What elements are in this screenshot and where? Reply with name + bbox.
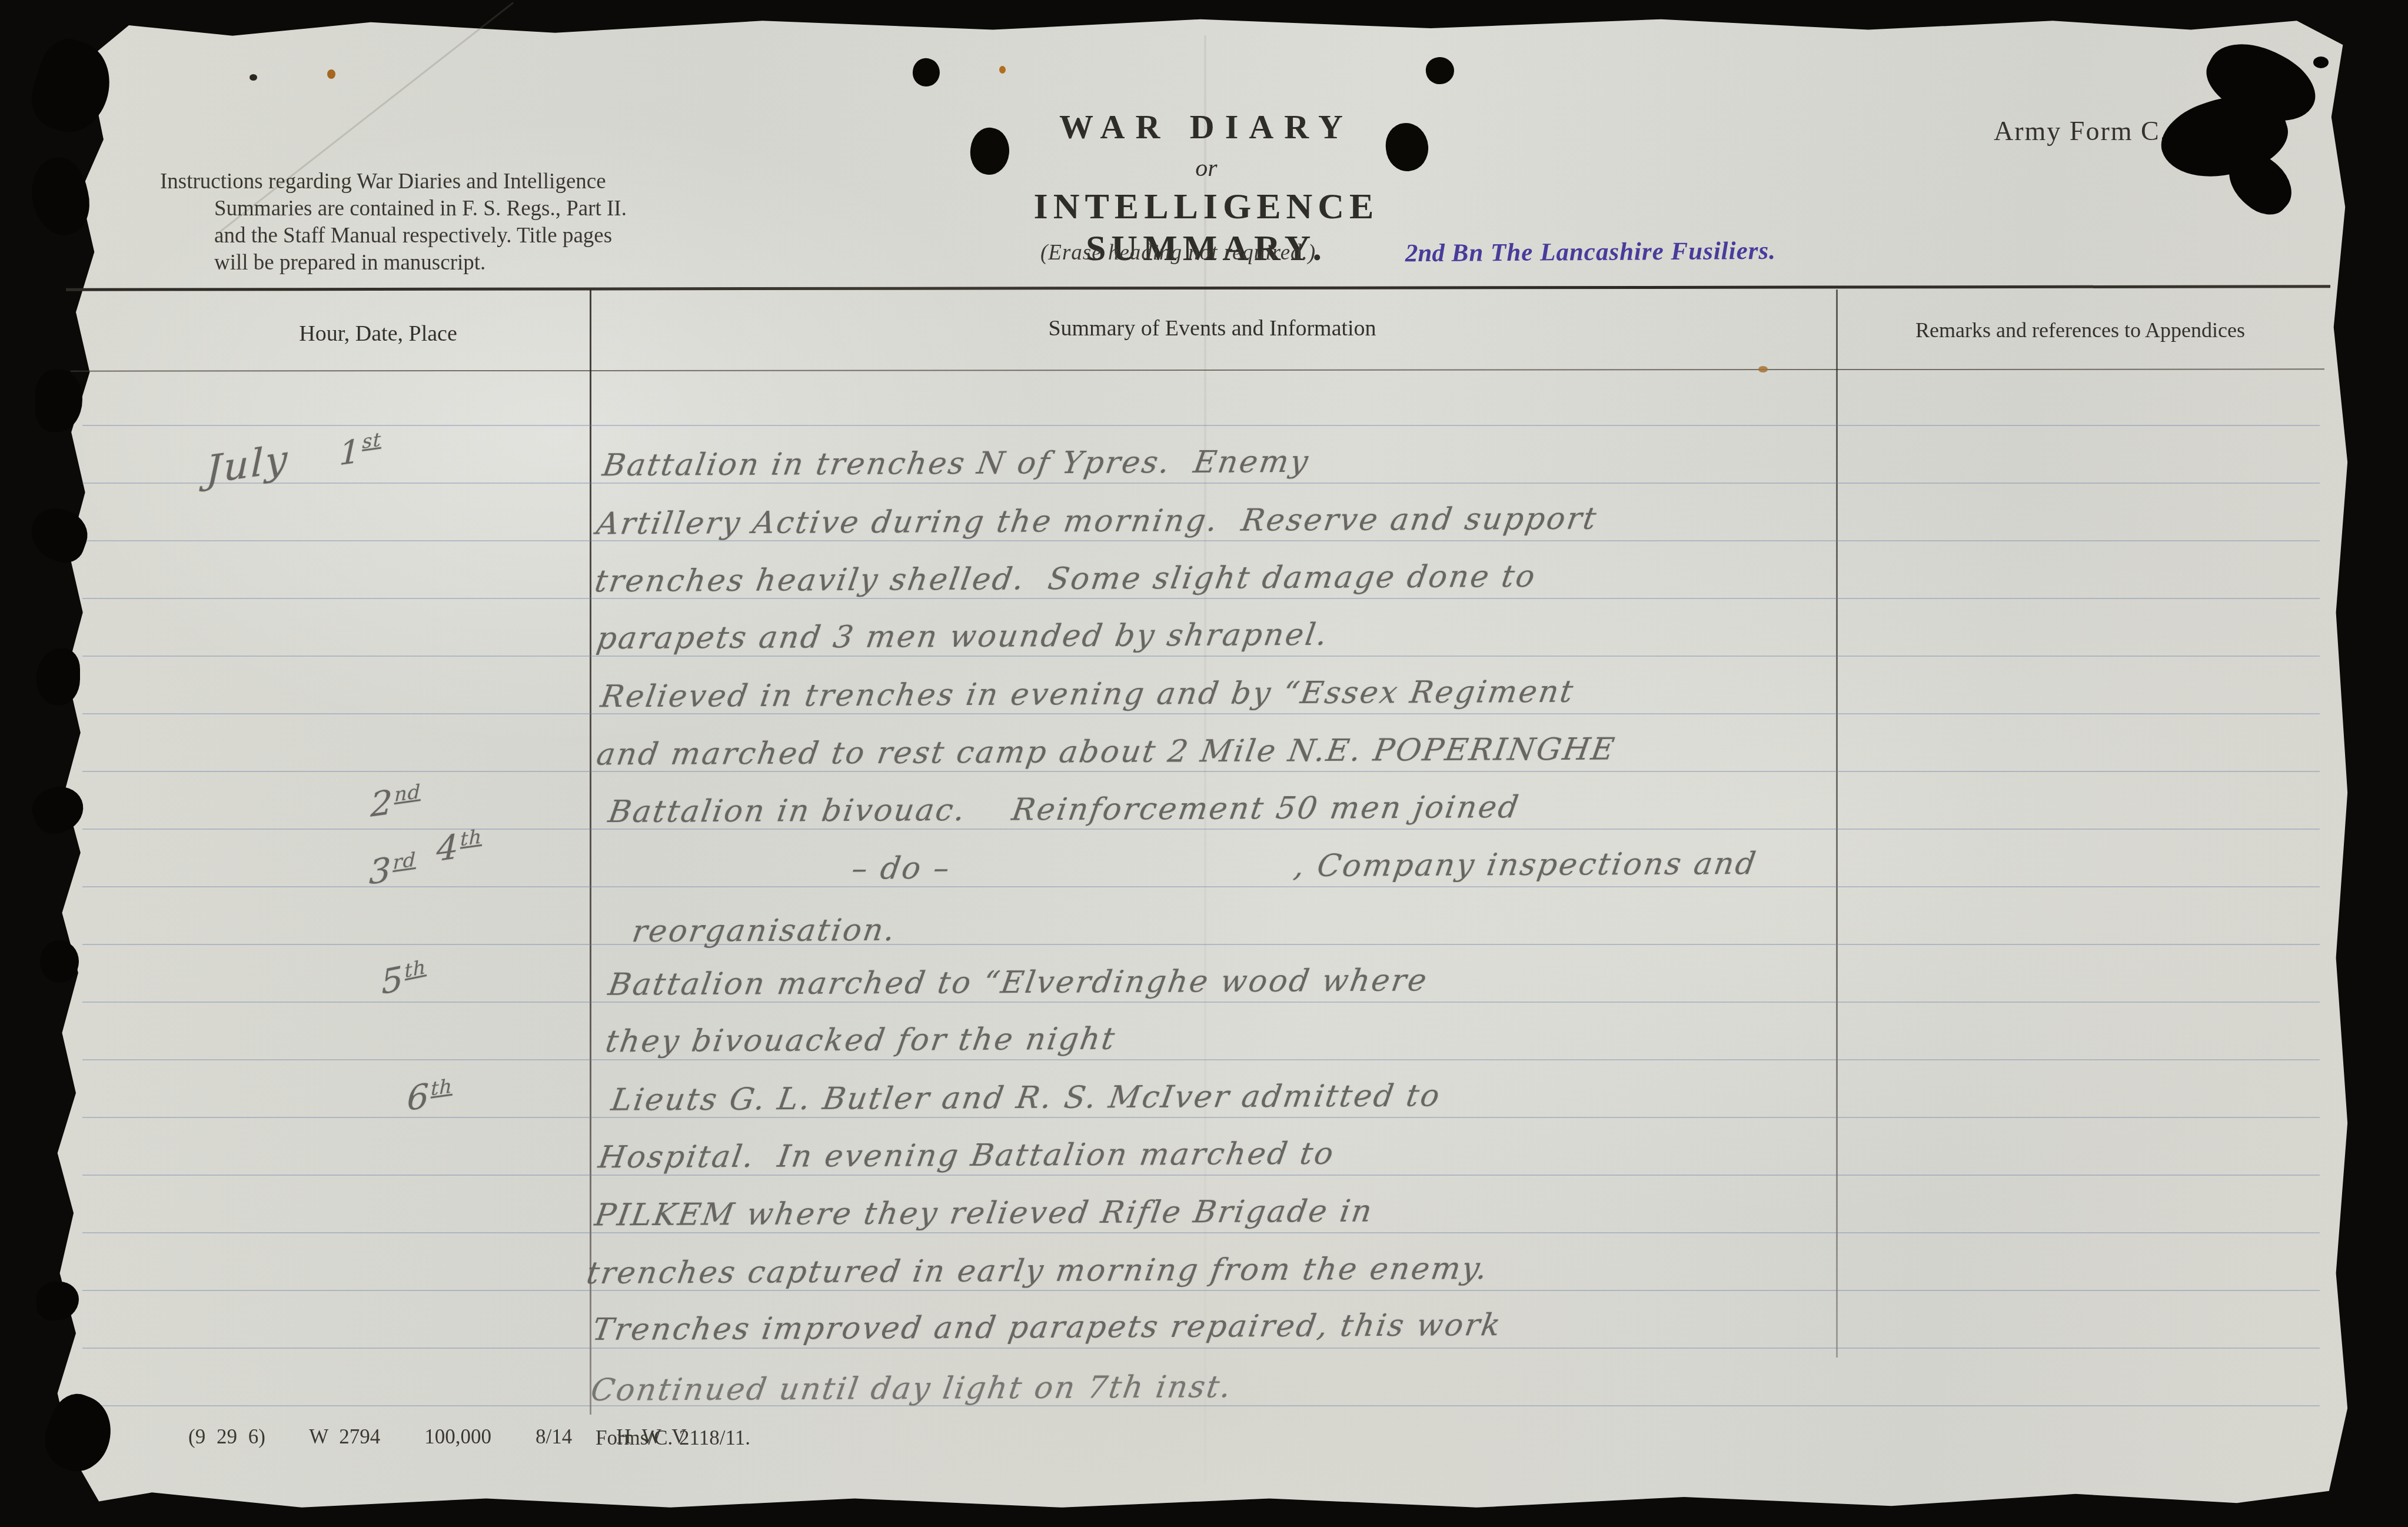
date-suffix: rd — [393, 848, 416, 874]
paper-tear — [36, 648, 80, 705]
summary-line: Relieved in trenches in evening and by “… — [598, 674, 1577, 715]
title-conjunction: or — [1000, 154, 1412, 182]
summary-line: trenches heavily shelled. Some slight da… — [593, 559, 1539, 599]
date-suffix: nd — [394, 780, 421, 806]
column-header-hour-date-place: Hour, Date, Place — [168, 321, 588, 347]
summary-line: Battalion marched to “Elverdinghe wood w… — [606, 963, 1431, 1002]
rust-speck — [1758, 366, 1768, 372]
page-title: WAR DIARY — [1000, 107, 1412, 147]
unit-stamp-text: Bn The Lancashire Fusiliers. — [1445, 237, 1776, 267]
date-day: 3 — [368, 850, 393, 893]
date-day: 5 — [380, 958, 406, 1002]
summary-line: Trenches improved and parapets repaired,… — [590, 1308, 1505, 1348]
ink-speck — [250, 74, 257, 81]
summary-line: Lieuts G. L. Butler and R. S. McIver adm… — [609, 1078, 1444, 1117]
summary-line: and marched to rest camp about 2 Mile N.… — [594, 731, 1618, 772]
summary-line: PILKEM where they relieved Rifle Brigade… — [593, 1194, 1376, 1233]
summary-line: they bivouacked for the night — [603, 1022, 1119, 1060]
date-suffix: th — [431, 1074, 453, 1100]
summary-line: , Company inspections and — [1292, 846, 1760, 884]
paper-tear — [24, 152, 97, 241]
column-header-summary: Summary of Events and Information — [588, 315, 1836, 341]
column-header-remarks: Remarks and references to Appendices — [1842, 318, 2319, 342]
paper-tear — [40, 940, 79, 983]
summary-line: Artillery Active during the morning. Res… — [594, 501, 1600, 542]
instructions-line: and the Staff Manual respectively. Title… — [214, 222, 737, 249]
entry-date-2: 2nd — [370, 778, 421, 824]
unit-stamp: 2nd Bn The Lancashire Fusiliers. — [1405, 237, 1776, 268]
rust-speck — [999, 66, 1006, 74]
rust-speck — [327, 69, 335, 79]
summary-line: reorganisation. — [630, 913, 899, 949]
entry-date-6: 6th — [407, 1073, 453, 1119]
date-day: 4 — [436, 826, 461, 869]
date-suffix: th — [404, 955, 427, 982]
date-day: 1 — [339, 432, 362, 473]
summary-line: – do – — [849, 851, 953, 887]
erase-note: (Erase heading not required.) — [1040, 240, 1316, 265]
unit-stamp-number: 2nd — [1405, 239, 1445, 267]
summary-line: Continued until day light on 7th inst. — [588, 1369, 1235, 1408]
scanned-war-diary-page: Instructions regarding War Diaries and I… — [0, 0, 2408, 1527]
summary-line: Battalion in trenches N of Ypres. Enemy — [600, 444, 1312, 483]
summary-line: trenches captured in early morning from … — [584, 1251, 1491, 1291]
summary-line: parapets and 3 men wounded by shrapnel. — [594, 617, 1331, 657]
form-reference: Forms/C. 2118/11. — [596, 1426, 750, 1450]
date-day: 2 — [370, 782, 395, 825]
instructions-line: Summaries are contained in F. S. Regs., … — [214, 195, 737, 222]
date-day: 6 — [407, 1076, 431, 1119]
instructions-line: will be prepared in manuscript. — [214, 249, 737, 277]
summary-line: Hospital. In evening Battalion marched t… — [596, 1136, 1338, 1176]
date-suffix: st — [362, 428, 381, 453]
summary-line: Battalion in bivouac. Reinforcement 50 m… — [606, 790, 1522, 830]
date-suffix: th — [460, 825, 483, 851]
instructions-line: Instructions regarding War Diaries and I… — [160, 168, 737, 195]
paper-tear — [2313, 56, 2329, 68]
instructions-block: Instructions regarding War Diaries and I… — [160, 168, 737, 277]
